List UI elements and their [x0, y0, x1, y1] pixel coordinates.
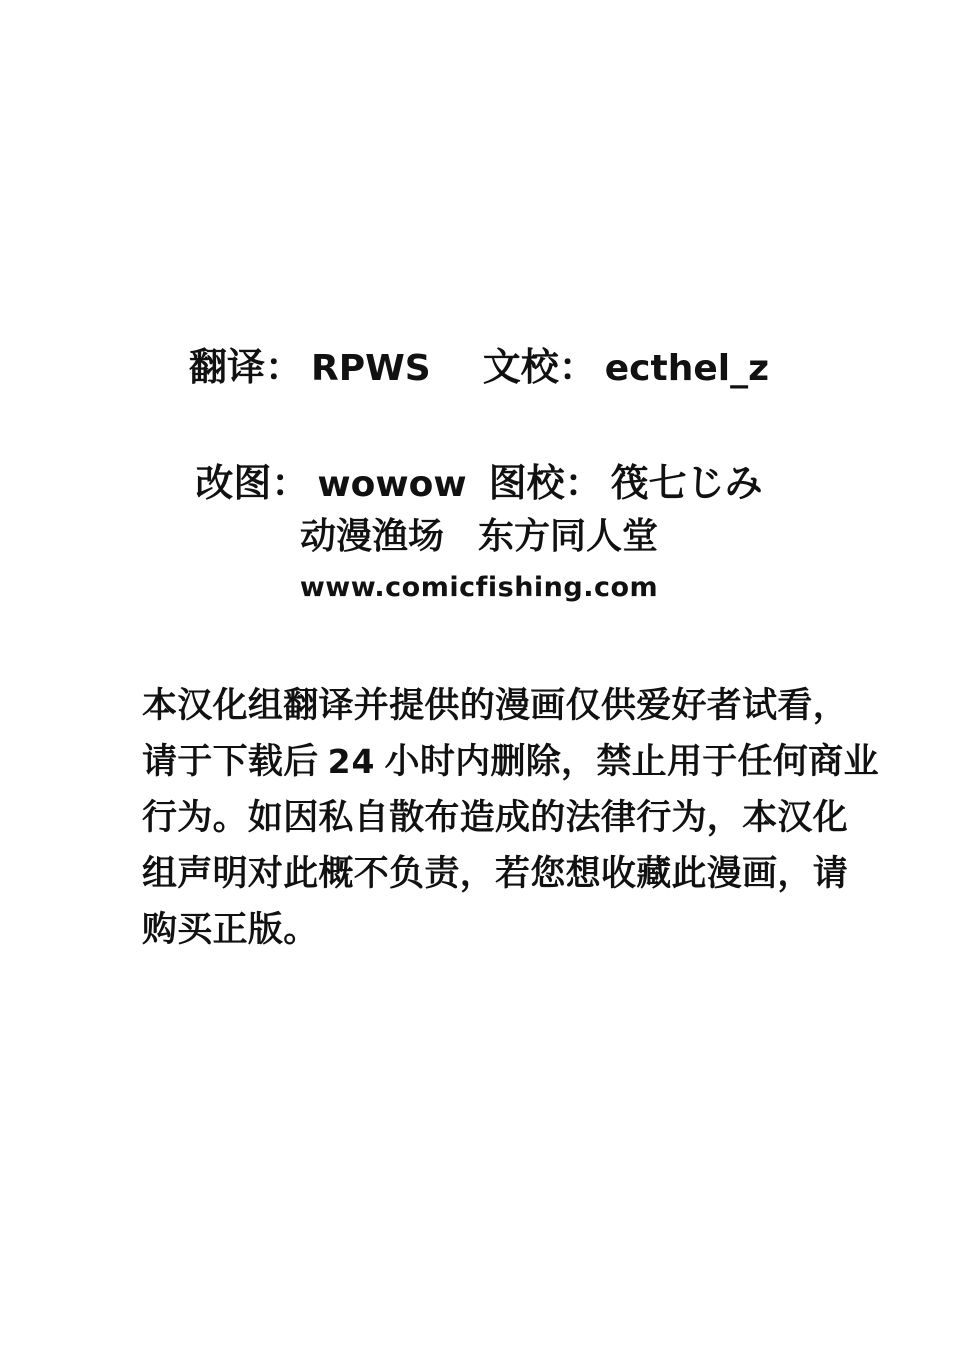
disclaimer-line-4: 组声明对此概不负责，若您想收藏此漫画，请 [142, 846, 858, 902]
disclaimer-line-1: 本汉化组翻译并提供的漫画仅供爱好者试看， [142, 678, 858, 734]
disclaimer-hours-number: 24 [328, 742, 376, 781]
disclaimer-line-3: 行为。如因私自散布造成的法律行为，本汉化 [142, 790, 858, 846]
scanlation-credits-page: 翻译：RPWS文校：ecthel_z 改图：wowow图校：筏七じみ 动漫渔场东… [0, 0, 958, 1368]
translator-label: 翻译： [189, 347, 303, 389]
website-url-line: www.comicfishing.com [0, 572, 958, 603]
group-name-touhou-doujin: 东方同人堂 [478, 516, 658, 556]
disclaimer-line-2-post: 小时内删除，禁止用于任何商业 [376, 742, 879, 781]
group-names-line: 动漫渔场东方同人堂 [0, 508, 958, 559]
group-name-comicfishing: 动漫渔场 [300, 516, 444, 556]
disclaimer-paragraph: 本汉化组翻译并提供的漫画仅供爱好者试看， 请于下载后 24 小时内删除，禁止用于… [142, 678, 858, 958]
website-url: www.comicfishing.com [300, 572, 658, 603]
staff-credit-line-1: 翻译：RPWS文校：ecthel_z [0, 336, 958, 391]
editor-label: 改图： [195, 463, 309, 505]
disclaimer-line-2: 请于下载后 24 小时内删除，禁止用于任何商业 [142, 734, 858, 790]
editor-name: wowow [317, 464, 466, 505]
image-proof-label: 图校： [489, 463, 603, 505]
staff-credit-line-2: 改图：wowow图校：筏七じみ [0, 452, 958, 507]
disclaimer-line-5: 购买正版。 [142, 902, 858, 958]
translator-name: RPWS [311, 348, 431, 389]
proofreader-label: 文校： [483, 347, 597, 389]
disclaimer-line-2-pre: 请于下载后 [142, 742, 328, 781]
image-proof-name: 筏七じみ [611, 463, 763, 505]
proofreader-name: ecthel_z [605, 348, 769, 389]
